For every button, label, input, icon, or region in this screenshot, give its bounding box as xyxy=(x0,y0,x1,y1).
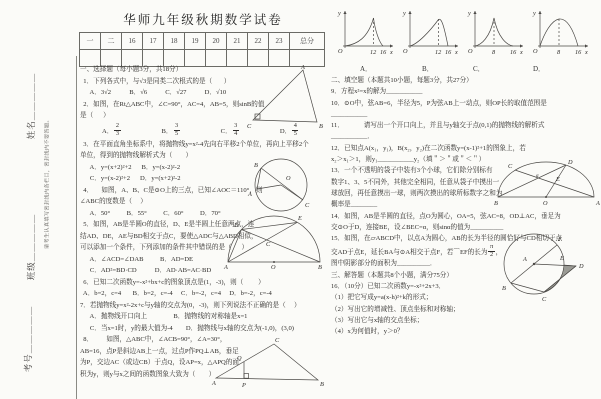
svg-text:A: A xyxy=(300,64,305,71)
svg-text:O: O xyxy=(286,175,291,182)
graph-option-b: y O 12 16 x xyxy=(402,6,464,60)
svg-text:O: O xyxy=(543,200,548,207)
q6-options: A．b=2，c=4 B．b=2，c=-4 C．b=-2，c=4 D．b=-2，c… xyxy=(80,288,328,300)
svg-text:C: C xyxy=(247,123,252,130)
svg-text:D: D xyxy=(578,263,584,270)
svg-text:A: A xyxy=(247,191,252,198)
graph-option-c: y O 8 16 x xyxy=(467,6,529,60)
graph-option-a-label: A． xyxy=(360,64,372,74)
svg-text:O: O xyxy=(468,48,473,55)
q6-text: 6．已知二次函数y=-x²+bx+c的图象顶点是(1，-3)，则（ ） xyxy=(80,277,328,289)
svg-text:Q: Q xyxy=(237,355,242,362)
svg-text:x: x xyxy=(389,49,393,56)
svg-text:16: 16 xyxy=(445,49,452,56)
svg-text:x: x xyxy=(584,49,588,56)
graph-option-a: y O 12 16 x xyxy=(337,6,399,60)
q2-triangle-diagram: A C B xyxy=(243,62,327,130)
svg-text:B: B xyxy=(319,123,323,130)
q10-text: 10．⊙O中，弦AB=6，半径为5，P为弦AB上一动点，则OP长的取值范围是 xyxy=(331,98,599,109)
svg-text:A: A xyxy=(223,264,228,271)
svg-text:F: F xyxy=(557,236,562,243)
svg-text:x: x xyxy=(454,49,458,56)
q16-part-3: （3）写出它与x轴的交点坐标； xyxy=(331,315,599,326)
section-2-header: 二、填空题（本题共10小题，每题3分，共27分） xyxy=(331,75,599,86)
svg-text:O: O xyxy=(338,48,343,55)
svg-text:C: C xyxy=(305,202,310,209)
svg-text:B: B xyxy=(320,381,324,388)
curve-a xyxy=(345,18,383,46)
svg-text:8: 8 xyxy=(492,49,496,56)
q11-blank: ___________． xyxy=(331,131,599,142)
svg-text:C: C xyxy=(508,163,513,170)
fraction: π2 xyxy=(488,244,494,258)
seal-divider-line xyxy=(76,56,77,399)
svg-text:A: A xyxy=(595,200,600,207)
q9-text: 9．方程x²=x的解为___________ xyxy=(331,86,599,97)
fraction: 23 xyxy=(114,123,120,137)
svg-text:16: 16 xyxy=(510,49,517,56)
graph-option-d: y O 8 16 x xyxy=(532,6,594,60)
page-title: 华师九年级秋期数学试卷 xyxy=(80,10,326,28)
svg-text:C: C xyxy=(266,241,271,248)
svg-text:C: C xyxy=(275,337,280,344)
curve-b xyxy=(410,19,448,46)
graph-option-c-label: C． xyxy=(473,64,485,74)
svg-text:B: B xyxy=(318,264,322,271)
svg-text:16: 16 xyxy=(380,49,387,56)
exam-paper-page: 姓名＿＿＿＿＿ 班级＿＿＿＿＿ 考号＿＿＿＿＿ 请考生认真填写密封线内各栏目，密… xyxy=(0,0,601,399)
svg-text:α: α xyxy=(536,174,539,179)
svg-text:8: 8 xyxy=(557,49,561,56)
graph-option-d-label: D． xyxy=(533,64,545,74)
q7-text: 7．若抛物线y=x²-2x+c与y轴的交点为(0，-3)，则下列说法不正确的是（… xyxy=(80,300,328,312)
svg-text:y: y xyxy=(532,10,536,17)
svg-text:P: P xyxy=(241,382,246,389)
svg-text:D: D xyxy=(233,222,239,229)
svg-text:O: O xyxy=(533,48,538,55)
svg-text:B: B xyxy=(502,285,506,292)
svg-text:A: A xyxy=(211,380,216,387)
svg-text:E: E xyxy=(559,255,564,262)
q14-semicircle-diagram: C D B A O E α xyxy=(494,157,601,207)
student-exam-no-label: 考号＿＿＿＿＿ xyxy=(22,306,34,373)
student-name-label: 姓名＿＿＿＿＿ xyxy=(25,73,37,140)
q16-part-4: （4）x为何值时，y＞0？ xyxy=(331,326,599,337)
q8-triangle-diagram: A B C Q P xyxy=(212,334,328,390)
fraction: 35 xyxy=(174,123,180,137)
svg-text:O: O xyxy=(271,264,276,271)
svg-text:x: x xyxy=(519,49,523,56)
score-table-header-row: 一 二 16 17 18 19 20 21 22 23 总分 xyxy=(80,33,325,50)
graph-option-b-label: B． xyxy=(422,64,434,74)
student-class-label: 班级＿＿＿＿＿ xyxy=(25,214,37,281)
q4-circle-diagram: O B A C xyxy=(237,157,325,215)
svg-text:C: C xyxy=(542,296,547,303)
svg-text:B: B xyxy=(494,200,498,207)
q7-options-cd: C．当x=1时，y的最大值为-4 D．抛物线与x轴的交点为(-1,0)，(3,0… xyxy=(80,323,328,335)
q5-semicircle-diagram: A B O D E C xyxy=(224,212,326,270)
svg-text:16: 16 xyxy=(575,49,582,56)
svg-text:y: y xyxy=(467,10,471,17)
svg-text:D: D xyxy=(567,159,573,166)
svg-text:A: A xyxy=(522,256,527,263)
svg-text:y: y xyxy=(402,10,406,17)
q7-options-ab: A．抛物线开口向上 B．抛物线的对称轴是x=1 xyxy=(80,311,328,323)
svg-text:O: O xyxy=(403,48,408,55)
q12-text: 12．已知点A(x₁，y₁)，B(x₂，y₂)在二次函数y=(x-1)²+1的图… xyxy=(331,143,599,154)
q15-circle-diagram: A B C D E F xyxy=(496,230,596,306)
svg-text:12: 12 xyxy=(370,49,377,56)
q11-text: 11． 请写出一个开口向上，并且与y轴交于点(0,1)的抛物线的解析式 xyxy=(331,120,599,131)
q14-text: 14．如图，AB是半圆的直径，点O为圆心，OA=5，弦AC=8，OD⊥AC，垂足… xyxy=(331,211,599,222)
q3-text: 3．在平面直角坐标系中，将抛物线y=x²-4先向右平移2个单位，再向上平移2个 xyxy=(80,139,328,151)
q10-blank: ___________ xyxy=(331,109,599,120)
svg-text:B: B xyxy=(254,162,258,169)
svg-text:y: y xyxy=(337,10,341,17)
fraction: 34 xyxy=(233,123,239,137)
svg-text:E: E xyxy=(297,215,302,222)
svg-text:12: 12 xyxy=(435,49,442,56)
svg-text:E: E xyxy=(555,176,560,183)
